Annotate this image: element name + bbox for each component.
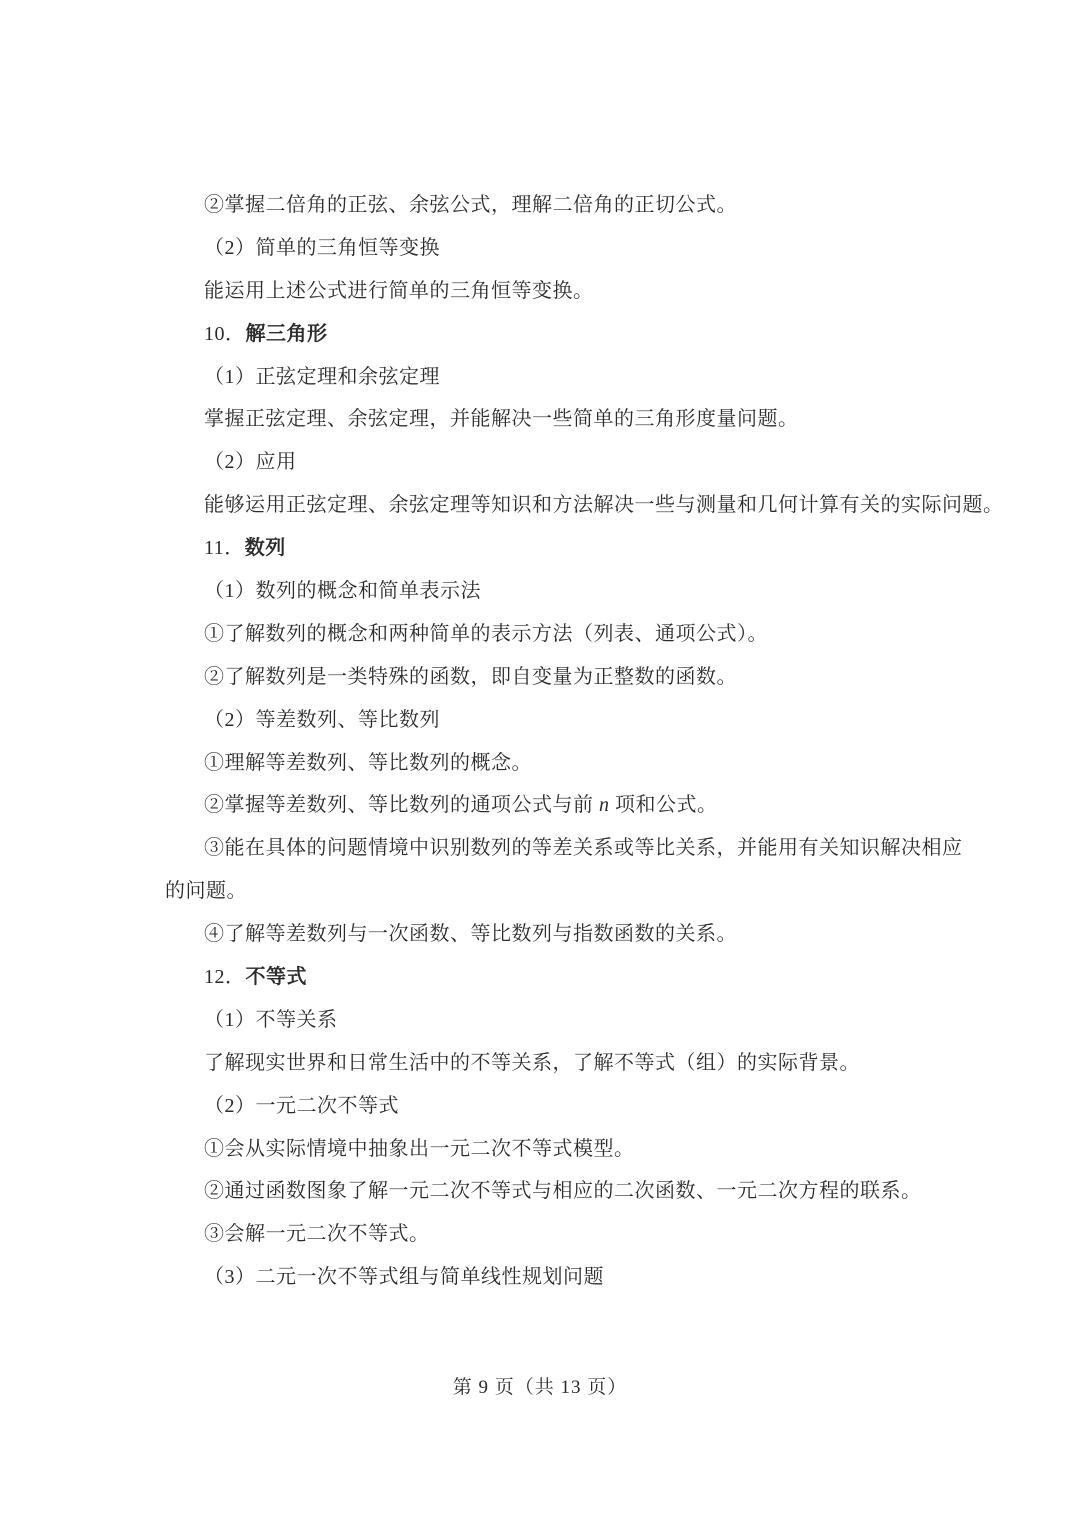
text-run: 10．: [204, 323, 246, 345]
section-title: 解三角形: [246, 323, 328, 345]
text-line: （1）数列的概念和简单表示法: [165, 570, 955, 613]
section-heading: 10．解三角形: [165, 313, 955, 356]
text-run: ②通过函数图象了解一元二次不等式与相应的二次函数、一元二次方程的联系。: [204, 1180, 922, 1202]
text-line: 能运用上述公式进行简单的三角恒等变换。: [165, 270, 955, 313]
text-line: 掌握正弦定理、余弦定理，并能解决一些简单的三角形度量问题。: [165, 398, 955, 441]
text-run: ①理解等差数列、等比数列的概念。: [204, 752, 532, 774]
section-title: 不等式: [246, 966, 308, 988]
text-run: 12．: [204, 966, 246, 988]
page-footer: 第 9 页（共 13 页）: [0, 1373, 1080, 1403]
text-line: （2）简单的三角恒等变换: [165, 227, 955, 270]
section-heading: 11．数列: [165, 527, 955, 570]
text-run: （1）不等关系: [204, 1009, 338, 1031]
text-line: 的问题。: [165, 870, 955, 913]
text-run: ④了解等差数列与一次函数、等比数列与指数函数的关系。: [204, 923, 737, 945]
text-run: ③会解一元二次不等式。: [204, 1223, 430, 1245]
text-line: （1）正弦定理和余弦定理: [165, 356, 955, 399]
text-run: （2）简单的三角恒等变换: [204, 237, 440, 259]
text-line: （2）应用: [165, 441, 955, 484]
text-line: ①会从实际情境中抽象出一元二次不等式模型。: [165, 1128, 955, 1171]
text-line: ②掌握等差数列、等比数列的通项公式与前 n 项和公式。: [165, 784, 955, 827]
text-run: ③能在具体的问题情境中识别数列的等差关系或等比关系，并能用有关知识解决相应: [204, 837, 963, 859]
text-line: ②了解数列是一类特殊的函数，即自变量为正整数的函数。: [165, 656, 955, 699]
text-run: 项和公式。: [610, 794, 718, 816]
text-run: 能运用上述公式进行简单的三角恒等变换。: [204, 280, 594, 302]
text-line: ③能在具体的问题情境中识别数列的等差关系或等比关系，并能用有关知识解决相应: [165, 827, 955, 870]
text-run: 掌握正弦定理、余弦定理，并能解决一些简单的三角形度量问题。: [204, 408, 799, 430]
text-line: 了解现实世界和日常生活中的不等关系，了解不等式（组）的实际背景。: [165, 1042, 955, 1085]
text-line: 能够运用正弦定理、余弦定理等知识和方法解决一些与测量和几何计算有关的实际问题。: [165, 484, 955, 527]
text-run: 能够运用正弦定理、余弦定理等知识和方法解决一些与测量和几何计算有关的实际问题。: [204, 494, 1004, 516]
text-run: （2）应用: [204, 451, 297, 473]
text-run: ①了解数列的概念和两种简单的表示方法（列表、通项公式）。: [204, 623, 768, 645]
text-run: （3）二元一次不等式组与简单线性规划问题: [204, 1266, 604, 1288]
text-run: ②了解数列是一类特殊的函数，即自变量为正整数的函数。: [204, 666, 737, 688]
text-run: 11．: [204, 537, 245, 559]
text-run: n: [599, 794, 610, 816]
text-run: （2）一元二次不等式: [204, 1095, 399, 1117]
text-run: 了解现实世界和日常生活中的不等关系，了解不等式（组）的实际背景。: [204, 1052, 860, 1074]
text-line: ①了解数列的概念和两种简单的表示方法（列表、通项公式）。: [165, 613, 955, 656]
text-line: （3）二元一次不等式组与简单线性规划问题: [165, 1256, 955, 1299]
page-number-text: 第 9 页（共 13 页）: [453, 1377, 628, 1398]
text-run: ①会从实际情境中抽象出一元二次不等式模型。: [204, 1138, 635, 1160]
text-line: ①理解等差数列、等比数列的概念。: [165, 742, 955, 785]
document-page: ②掌握二倍角的正弦、余弦公式，理解二倍角的正切公式。（2）简单的三角恒等变换能运…: [0, 0, 1080, 1527]
text-line: （2）一元二次不等式: [165, 1085, 955, 1128]
text-run: （1）正弦定理和余弦定理: [204, 366, 440, 388]
text-line: ②掌握二倍角的正弦、余弦公式，理解二倍角的正切公式。: [165, 184, 955, 227]
text-line: ③会解一元二次不等式。: [165, 1213, 955, 1256]
section-title: 数列: [245, 537, 286, 559]
text-line: （1）不等关系: [165, 999, 955, 1042]
document-body: ②掌握二倍角的正弦、余弦公式，理解二倍角的正切公式。（2）简单的三角恒等变换能运…: [165, 184, 955, 1299]
text-run: （1）数列的概念和简单表示法: [204, 580, 481, 602]
text-run: ②掌握等差数列、等比数列的通项公式与前: [204, 794, 599, 816]
text-run: （2）等差数列、等比数列: [204, 709, 440, 731]
text-run: ②掌握二倍角的正弦、余弦公式，理解二倍角的正切公式。: [204, 194, 737, 216]
text-line: ④了解等差数列与一次函数、等比数列与指数函数的关系。: [165, 913, 955, 956]
text-line: ②通过函数图象了解一元二次不等式与相应的二次函数、一元二次方程的联系。: [165, 1170, 955, 1213]
text-line: （2）等差数列、等比数列: [165, 699, 955, 742]
section-heading: 12．不等式: [165, 956, 955, 999]
text-run: 的问题。: [165, 880, 247, 902]
